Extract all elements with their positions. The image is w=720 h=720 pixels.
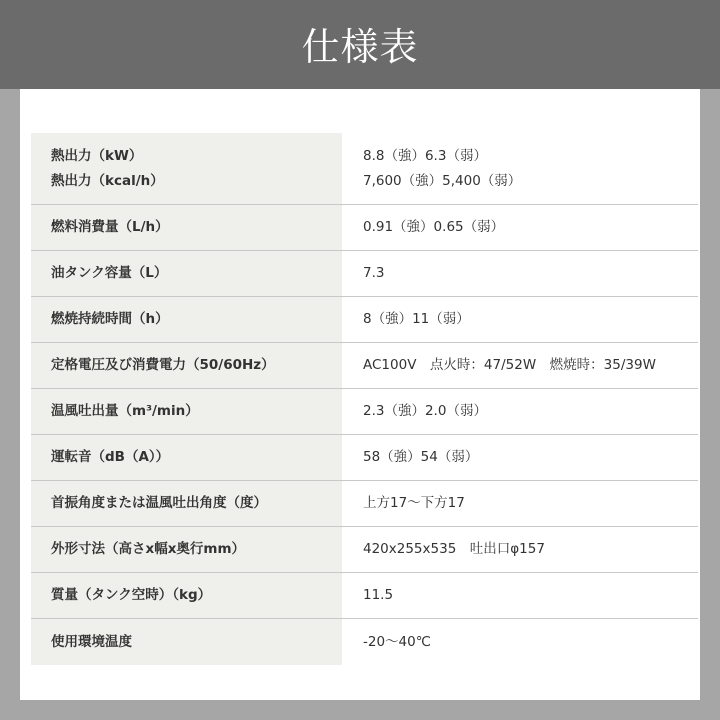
spec-value: AC100V 点火時：47/52W 燃焼時：35/39W bbox=[342, 343, 698, 388]
spec-row-angle: 首振角度または温風吐出角度（度） 上方17～下方17 bbox=[31, 481, 698, 527]
spec-row-dimensions: 外形寸法（高さx幅x奥行mm） 420x255x535 吐出口φ157 bbox=[31, 527, 698, 573]
spec-table: 熱出力（kW） 熱出力（kcal/h） 8.8（強）6.3（弱） 7,600（強… bbox=[31, 133, 698, 665]
spec-row-tank-capacity: 油タンク容量（L） 7.3 bbox=[31, 251, 698, 297]
spec-row-fuel-consumption: 燃料消費量（L/h） 0.91（強）0.65（弱） bbox=[31, 205, 698, 251]
spec-label: 運転音（dB（A）） bbox=[31, 435, 342, 480]
spec-value: 58（強）54（弱） bbox=[342, 435, 698, 480]
spec-label: 油タンク容量（L） bbox=[31, 251, 342, 296]
spec-label: 燃焼持続時間（h） bbox=[31, 297, 342, 342]
spec-value-line: 8.8（強）6.3（弱） bbox=[363, 144, 698, 169]
spec-label: 質量（タンク空時）（kg） bbox=[31, 573, 342, 618]
spec-panel: 熱出力（kW） 熱出力（kcal/h） 8.8（強）6.3（弱） 7,600（強… bbox=[20, 89, 700, 700]
spec-label: 外形寸法（高さx幅x奥行mm） bbox=[31, 527, 342, 572]
spec-label-line: 熱出力（kW） bbox=[51, 144, 342, 169]
spec-value: 8（強）11（弱） bbox=[342, 297, 698, 342]
spec-value: 8.8（強）6.3（弱） 7,600（強）5,400（弱） bbox=[342, 133, 698, 204]
spec-row-heat-output: 熱出力（kW） 熱出力（kcal/h） 8.8（強）6.3（弱） 7,600（強… bbox=[31, 133, 698, 205]
spec-value: 0.91（強）0.65（弱） bbox=[342, 205, 698, 250]
spec-row-power: 定格電圧及び消費電力（50/60Hz） AC100V 点火時：47/52W 燃焼… bbox=[31, 343, 698, 389]
page-title: 仕様表 bbox=[301, 16, 418, 71]
header-banner: 仕様表 bbox=[0, 0, 720, 89]
spec-value: 上方17～下方17 bbox=[342, 481, 698, 526]
spec-row-operating-temp: 使用環境温度 -20～40℃ bbox=[31, 619, 698, 665]
spec-value: 420x255x535 吐出口φ157 bbox=[342, 527, 698, 572]
spec-label: 温風吐出量（m³/min） bbox=[31, 389, 342, 434]
spec-value: 7.3 bbox=[342, 251, 698, 296]
spec-row-weight: 質量（タンク空時）（kg） 11.5 bbox=[31, 573, 698, 619]
spec-row-noise: 運転音（dB（A）） 58（強）54（弱） bbox=[31, 435, 698, 481]
spec-row-burn-duration: 燃焼持続時間（h） 8（強）11（弱） bbox=[31, 297, 698, 343]
spec-label: 使用環境温度 bbox=[31, 619, 342, 665]
spec-value: -20～40℃ bbox=[342, 619, 698, 665]
spec-value: 2.3（強）2.0（弱） bbox=[342, 389, 698, 434]
spec-label: 燃料消費量（L/h） bbox=[31, 205, 342, 250]
spec-value: 11.5 bbox=[342, 573, 698, 618]
spec-label-line: 熱出力（kcal/h） bbox=[51, 169, 342, 194]
spec-value-line: 7,600（強）5,400（弱） bbox=[363, 169, 698, 194]
spec-label: 首振角度または温風吐出角度（度） bbox=[31, 481, 342, 526]
spec-row-airflow: 温風吐出量（m³/min） 2.3（強）2.0（弱） bbox=[31, 389, 698, 435]
spec-label: 熱出力（kW） 熱出力（kcal/h） bbox=[31, 133, 342, 204]
spec-label: 定格電圧及び消費電力（50/60Hz） bbox=[31, 343, 342, 388]
